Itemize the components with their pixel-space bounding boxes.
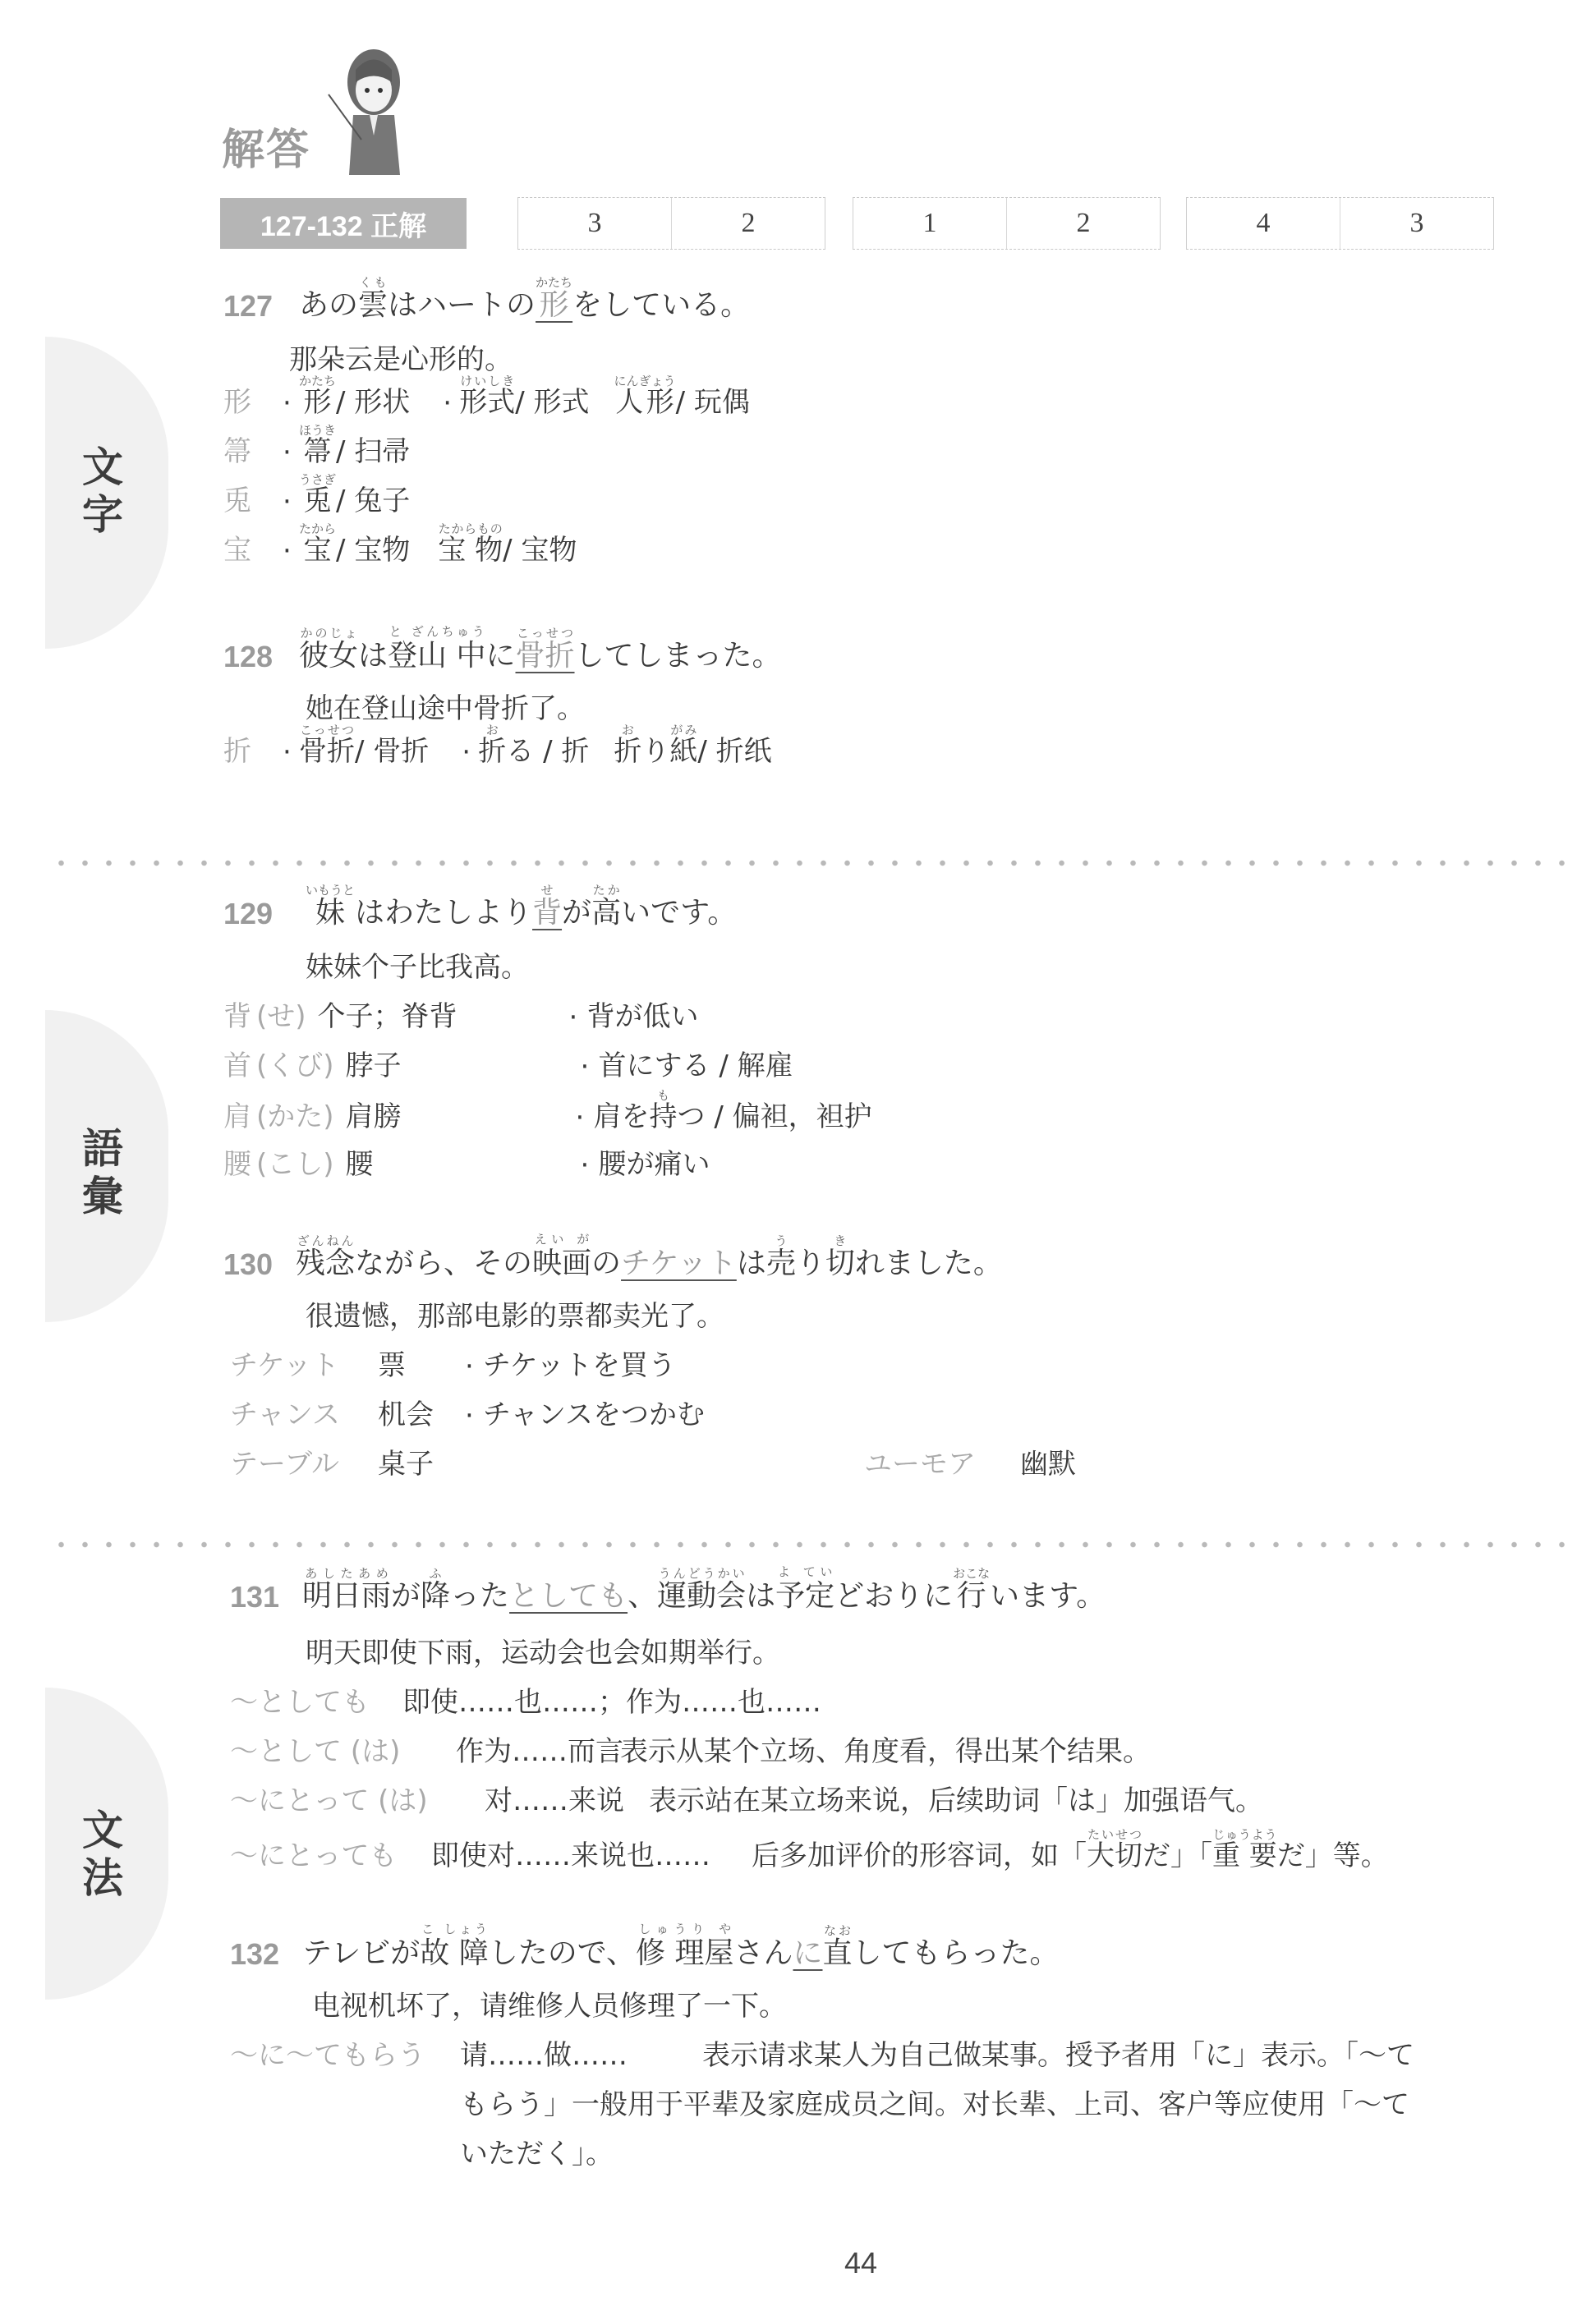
vocab-row: テーブル 桌子 [230,1441,434,1481]
vocab-row: 肩(かた) 肩膀 ·肩を持もつ / 偏袒，袒护 [223,1088,872,1134]
question-131: 131 明日雨あしたあめ が 降ふ った としても 、 運動会うんどうかい は … [230,1564,1106,1614]
kanji-row: 箒 · 箒ほうき / 扫帚 [223,423,410,469]
text: あの [299,282,358,324]
target-word: 形かたち [536,275,572,324]
question-132: 132 テレビが 故 障こ しょう したので、 修 理屋しゅうり や さん に … [230,1922,1060,1972]
side-tab-bunpo-label: 文法 [78,1807,127,1902]
grammar-row: ～にとっても 即使对……来说也…… 后多加评价的形容词，如「大切たいせつだ」「重… [230,1827,1389,1873]
vocab-row: 背(せ) 个子；脊背 ·背が低い [223,994,699,1034]
section-divider [49,1541,1577,1548]
vocab-row: チケット 票 ·チケットを買う [230,1343,676,1383]
answer-group-1: 3 2 [517,197,825,250]
kanji-key: 折 [223,728,283,769]
kanji-key: 箒 [223,429,283,469]
question-number: 129 [223,897,306,931]
vocab-row: ユーモア 幽默 [864,1441,1076,1481]
section-divider [49,860,1577,866]
kanji-key: 兎 [223,478,283,518]
grammar-row: ～に～てもらう 请……做…… 表示请求某人为自己做某事。授予者用「に」表示。「～… [230,2032,1414,2073]
teacher-mascot-icon [324,45,415,177]
answer-group-3: 4 3 [1186,197,1494,250]
kanji-row: 折 · 骨折こっせつ / 骨折 · 折おる / 折 折おり紙がみ / 折纸 [223,723,772,769]
vocab-row: 首(くび) 脖子 ·首にする / 解雇 [223,1043,793,1083]
translation: 妹妹个子比我高。 [306,944,529,985]
side-tab-goi-label: 語彙 [78,1125,127,1220]
question-number: 130 [223,1247,296,1282]
answer-129: 1 [853,198,1006,249]
grammar-note-line: いただく」。 [460,2131,614,2171]
grammar-row: ～としても 即使……也……；作为……也…… [230,1679,821,1720]
question-number: 127 [223,289,299,324]
side-tab-moji-label: 文字 [78,443,127,539]
grammar-row: ～として (は) 作为……而言 表示从某个立场、角度看，得出某个结果。 [230,1729,1151,1769]
kanji-row: 宝 · 宝たから / 宝物 宝 物たからもの / 宝物 [223,521,577,567]
answer-127: 3 [518,198,671,249]
grammar-note-line: もらう」一般用于平辈及家庭成员之间。对长辈、上司、客户等应使用「～て [460,2082,1409,2122]
target-word: 背せ [532,883,562,931]
translation: 很遗憾，那部电影的票都卖光了。 [306,1293,724,1334]
answer-132: 3 [1340,198,1493,249]
translation: 她在登山途中骨折了。 [306,686,585,726]
translation: 电视机坏了，请维修人员修理了一下。 [312,1983,787,2023]
text: をしている。 [572,282,750,324]
answer-group-2: 1 2 [853,197,1161,250]
translation: 那朵云是心形的。 [289,337,513,377]
answer-130: 2 [1006,198,1160,249]
translation: 明天即使下雨，运动会也会如期举行。 [306,1630,780,1670]
target-word: チケット [621,1240,737,1282]
kanji-key: 形 [223,379,283,420]
question-number: 132 [230,1937,302,1972]
target-word: としても [509,1573,628,1614]
grammar-row: ～にとって (は) 对……来说 表示站在某立场来说，后续助词「は」加强语气。 [230,1778,1263,1818]
kanji-row: 兎 · 兎うさぎ / 兔子 [223,472,410,518]
question-130: 130 残念ざんねん ながら、その 映画えい が の チケット は 売う り 切… [223,1232,1003,1282]
vocab-row: チャンス 机会 ·チャンスをつかむ [230,1392,705,1432]
question-128: 128 彼女かのじょ は 登山 中と ざんちゅう に 骨折こっせつ してしまった… [223,624,782,674]
kanji-key: 宝 [223,527,283,567]
kanji-row: 形 · 形かたち / 形状 · 形式けいしき / 形式 人形にんぎょう / 玩偶 [223,374,750,420]
vocab-row: 腰(こし) 腰 ·腰が痛い [223,1141,710,1182]
answer-128: 2 [671,198,825,249]
target-word: 骨折こっせつ [516,626,575,674]
question-129: 129 妹いもうと はわたしより 背せ が 高たか いです。 [223,883,737,931]
answer-key-bar: 127-132 正解 [220,197,467,250]
furigana-word: 雲くも [358,275,388,324]
question-number: 128 [223,640,299,674]
page-number: 44 [844,2246,877,2280]
question-number: 131 [230,1580,302,1614]
answer-key-label: 127-132 正解 [220,198,467,249]
page-title: 解答 [222,115,310,177]
text: はハートの [388,282,536,324]
question-127: 127 あの 雲くも はハートの 形かたち をしている。 [223,275,750,324]
target-word: に [793,1930,822,1972]
answer-131: 4 [1187,198,1340,249]
